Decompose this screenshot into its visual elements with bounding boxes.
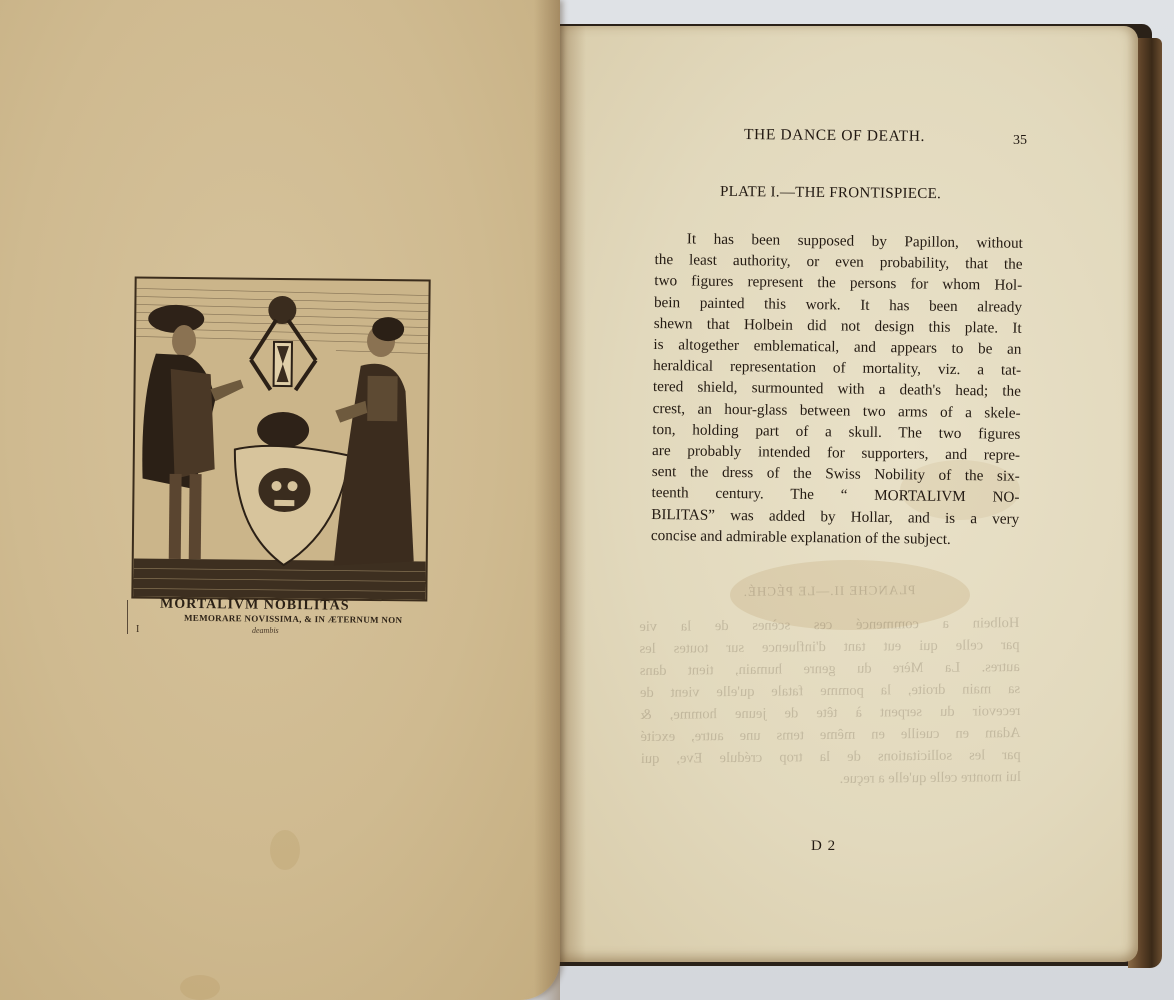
- bleed-through-text: PLANCHE II.—LE PÉCHÉ. Holbein a commencé…: [639, 578, 1021, 792]
- running-head: THE DANCE OF DEATH.: [744, 126, 925, 146]
- body-paragraph: It has been supposed by Papillon, withou…: [651, 228, 1023, 551]
- frontispiece-engraving: [131, 276, 430, 601]
- bleed-through-line: lui montre celle qu'elle a reçue.: [641, 766, 1021, 792]
- foxing-stain: [180, 975, 220, 1000]
- bleed-through-title: PLANCHE II.—LE PÉCHÉ.: [639, 578, 1019, 604]
- page-number: 35: [1013, 133, 1027, 149]
- plate-margin-rule: [127, 600, 128, 634]
- signature-mark: D 2: [811, 838, 836, 855]
- plate-number: I: [136, 624, 139, 635]
- book-gutter: [556, 26, 586, 962]
- faded-offset-text: [180, 55, 186, 72]
- plate-title: PLATE I.—THE FRONTISPIECE.: [720, 184, 941, 203]
- foxing-stain: [270, 830, 300, 870]
- engraving-illustration: [133, 278, 428, 599]
- handwritten-note: deambis: [252, 626, 279, 635]
